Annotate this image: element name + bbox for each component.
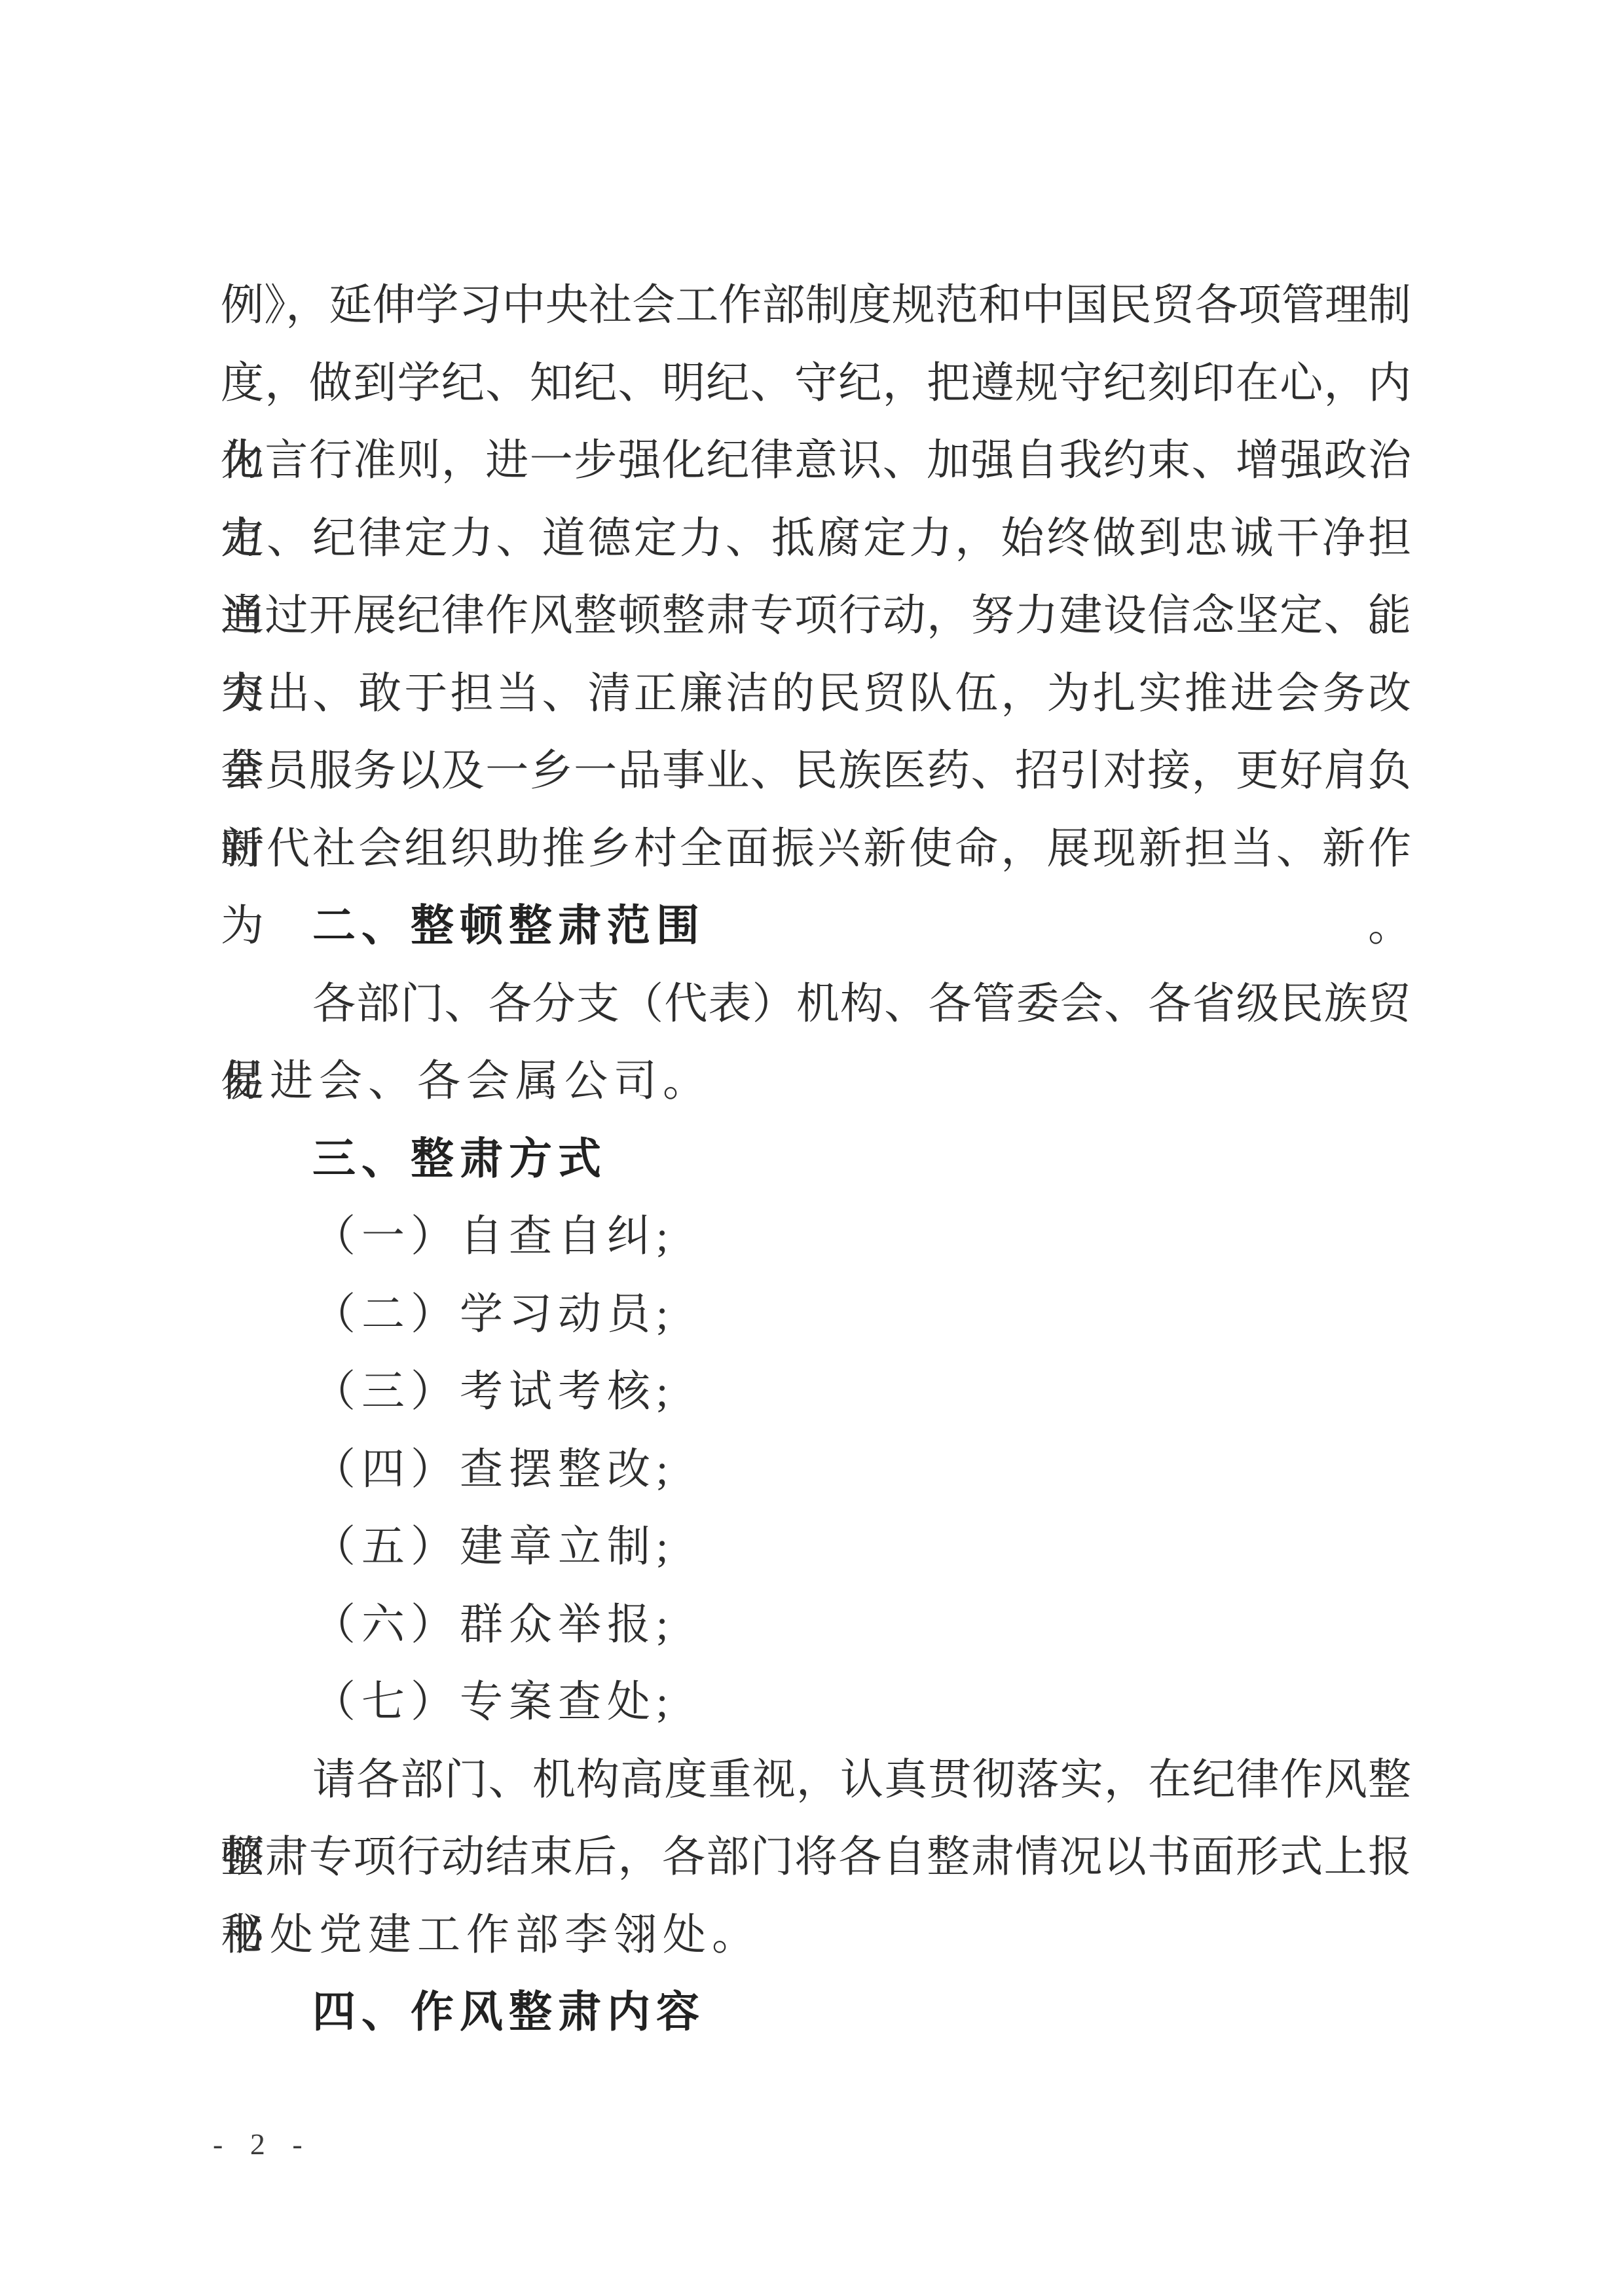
text-line-5: 通过开展纪律作风整顿整肃专项行动，努力建设信念坚定、能力 [221,578,1411,655]
text-line-17: （五）建章立制; [221,1509,1411,1587]
text-line-12: 三、整肃方式 [221,1121,1411,1199]
text-line-14: （二）学习动员; [221,1276,1411,1354]
text-line-22: 书处党建工作部李翎处。 [221,1897,1411,1975]
text-line-20: 请各部门、机构高度重视，认真贯彻落实，在纪律作风整顿 [221,1742,1411,1820]
text-line-3: 为言行准则，进一步强化纪律意识、加强自我约束、增强政治定 [221,422,1411,500]
text-line-23: 四、作风整肃内容 [221,1974,1411,2052]
text-line-15: （三）考试考核; [221,1353,1411,1431]
text-line-7: 会员服务以及一乡一品事业、民族医药、招引对接，更好肩负新 [221,733,1411,811]
text-line-1: 例》，延伸学习中央社会工作部制度规范和中国民贸各项管理制 [221,267,1411,345]
text-line-19: （七）专案查处; [221,1664,1411,1742]
text-line-13: （一）自查自纠; [221,1198,1411,1276]
text-line-6: 突出、敢于担当、清正廉洁的民贸队伍，为扎实推进会务改革、 [221,655,1411,733]
text-line-8: 时代社会组织助推乡村全面振兴新使命，展现新担当、新作为。 [221,811,1411,889]
text-block: 例》，延伸学习中央社会工作部制度规范和中国民贸各项管理制度，做到学纪、知纪、明纪… [221,267,1411,2052]
text-line-16: （四）查摆整改; [221,1431,1411,1509]
text-line-21: 整肃专项行动结束后，各部门将各自整肃情况以书面形式上报秘 [221,1819,1411,1897]
text-line-10: 各部门、各分支（代表）机构、各管委会、各省级民族贸易 [221,966,1411,1044]
document-page: 例》，延伸学习中央社会工作部制度规范和中国民贸各项管理制度，做到学纪、知纪、明纪… [0,0,1624,2295]
text-line-18: （六）群众举报; [221,1587,1411,1664]
page-number: - 2 - [213,2125,306,2164]
text-line-4: 力、纪律定力、道德定力、抵腐定力，始终做到忠诚干净担当。 [221,500,1411,578]
text-line-2: 度，做到学纪、知纪、明纪、守纪，把遵规守纪刻印在心，内化 [221,345,1411,423]
text-line-11: 促进会、各会属公司。 [221,1043,1411,1121]
